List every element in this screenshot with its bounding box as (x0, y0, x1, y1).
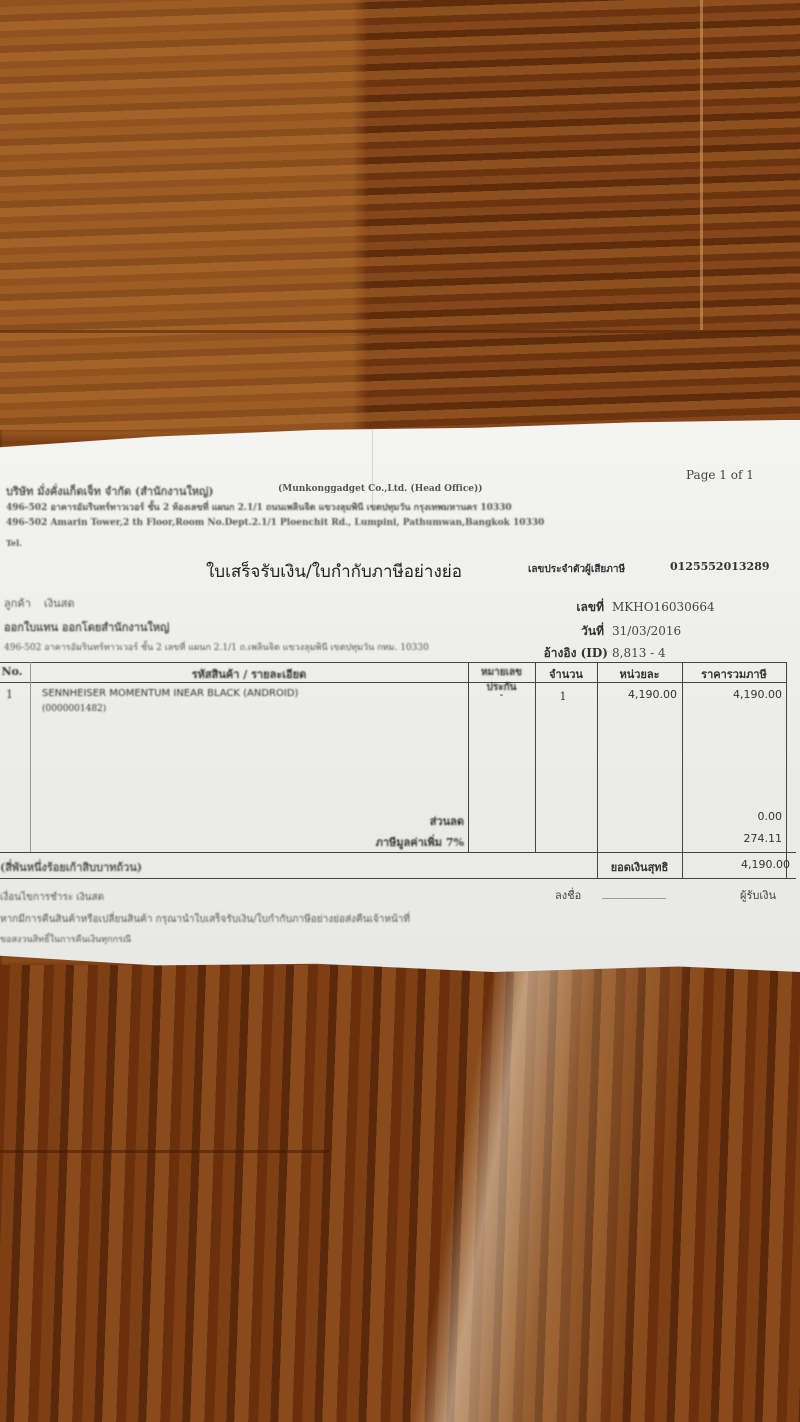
discount-label: ส่วนลด (294, 812, 464, 830)
signature-label: ลงชื่อ (555, 886, 581, 904)
date-label: วันที่ (544, 622, 604, 641)
paper-fold (372, 430, 373, 510)
row-total: 4,190.00 (682, 688, 782, 701)
discount-value: 0.00 (682, 810, 782, 823)
company-name-en: (Munkonggadget Co.,Ltd. (Head Office)) (278, 484, 483, 494)
col-header-qty: จำนวน (535, 665, 597, 683)
refund-note: ขอสงวนสิทธิ์ในการคืนเงินทุกกรณี (0, 932, 131, 946)
wood-seam (0, 1150, 330, 1153)
receipt-paper: Page 1 of 1 บริษัท มั่งคั่งแก็ดเจ็ท จำกั… (0, 420, 800, 972)
amount-in-words: (สี่พันหนึ่งร้อยเก้าสิบบาทถ้วน) (0, 858, 142, 876)
signature-line: ______________ (602, 886, 665, 899)
page-number: Page 1 of 1 (686, 468, 754, 482)
doc-no-label: เลขที่ (544, 598, 604, 617)
wood-seam (700, 0, 703, 330)
row-description: SENNHEISER MOMENTUM INEAR BLACK (ANDROID… (42, 688, 298, 699)
col-header-description: รหัสสินค้า / รายละเอียด (30, 665, 468, 683)
row-unit-price: 4,190.00 (597, 688, 677, 701)
row-code: (0000001482) (42, 704, 106, 714)
customer-value: เงินสด (44, 594, 75, 612)
table-border (786, 662, 787, 878)
row-no: 1 (6, 688, 13, 701)
col-header-total: ราคารวมภาษี (682, 665, 786, 683)
date-value: 31/03/2016 (612, 624, 681, 638)
net-total-label: ยอดเงินสุทธิ (597, 858, 682, 876)
items-table: No. รหัสสินค้า / รายละเอียด หมายเลขประกั… (0, 662, 796, 882)
wood-seam (0, 330, 800, 333)
ref-label: อ้างอิง (ID) (516, 644, 608, 663)
doc-no: MKHO16030664 (612, 600, 715, 614)
wood-table-background-top (0, 0, 800, 430)
table-border (30, 662, 31, 852)
receiver-label: ผู้รับเงิน (740, 886, 776, 904)
table-border (0, 878, 796, 879)
table-border (0, 852, 796, 853)
net-total-value: 4,190.00 (682, 858, 790, 871)
tax-id-label: เลขประจำตัวผู้เสียภาษี (528, 562, 625, 577)
row-serial: - (468, 688, 535, 701)
branch-info: ออกใบแทน ออกโดยสำนักงานใหญ่ (4, 618, 169, 636)
tax-id: 0125552013289 (670, 560, 770, 573)
ref-value: 8,813 - 4 (612, 646, 666, 660)
wood-table-background-bottom (0, 965, 800, 1422)
company-tel: Tel. (6, 538, 22, 548)
document-title: ใบเสร็จรับเงิน/ใบกำกับภาษีอย่างย่อ (206, 558, 462, 585)
customer-label: ลูกค้า (4, 594, 31, 612)
row-qty: 1 (535, 690, 591, 703)
company-name-th: บริษัท มั่งคั่งแก็ดเจ็ท จำกัด (สำนักงานใ… (6, 482, 214, 500)
vat-label: ภาษีมูลค่าเพิ่ม 7% (294, 833, 464, 851)
vat-value: 274.11 (682, 832, 782, 845)
company-address-th: 496-502 อาคารอัมรินทร์ทาวเวอร์ ชั้น 2 ห้… (6, 500, 512, 514)
return-policy-note: หากมีการคืนสินค้าหรือเปลี่ยนสินค้า กรุณา… (0, 912, 410, 927)
customer-address: 496-502 อาคารอัมรินทร์ทาวเวอร์ ชั้น 2 เล… (4, 640, 429, 654)
col-header-no: No. (0, 665, 30, 678)
payment-terms: เงื่อนไขการชำระ เงินสด (0, 890, 104, 905)
col-header-unit-price: หน่วยละ (597, 665, 682, 683)
table-border (0, 662, 786, 663)
company-address-en: 496-502 Amarin Tower,2 th Floor,Room No.… (6, 518, 544, 528)
